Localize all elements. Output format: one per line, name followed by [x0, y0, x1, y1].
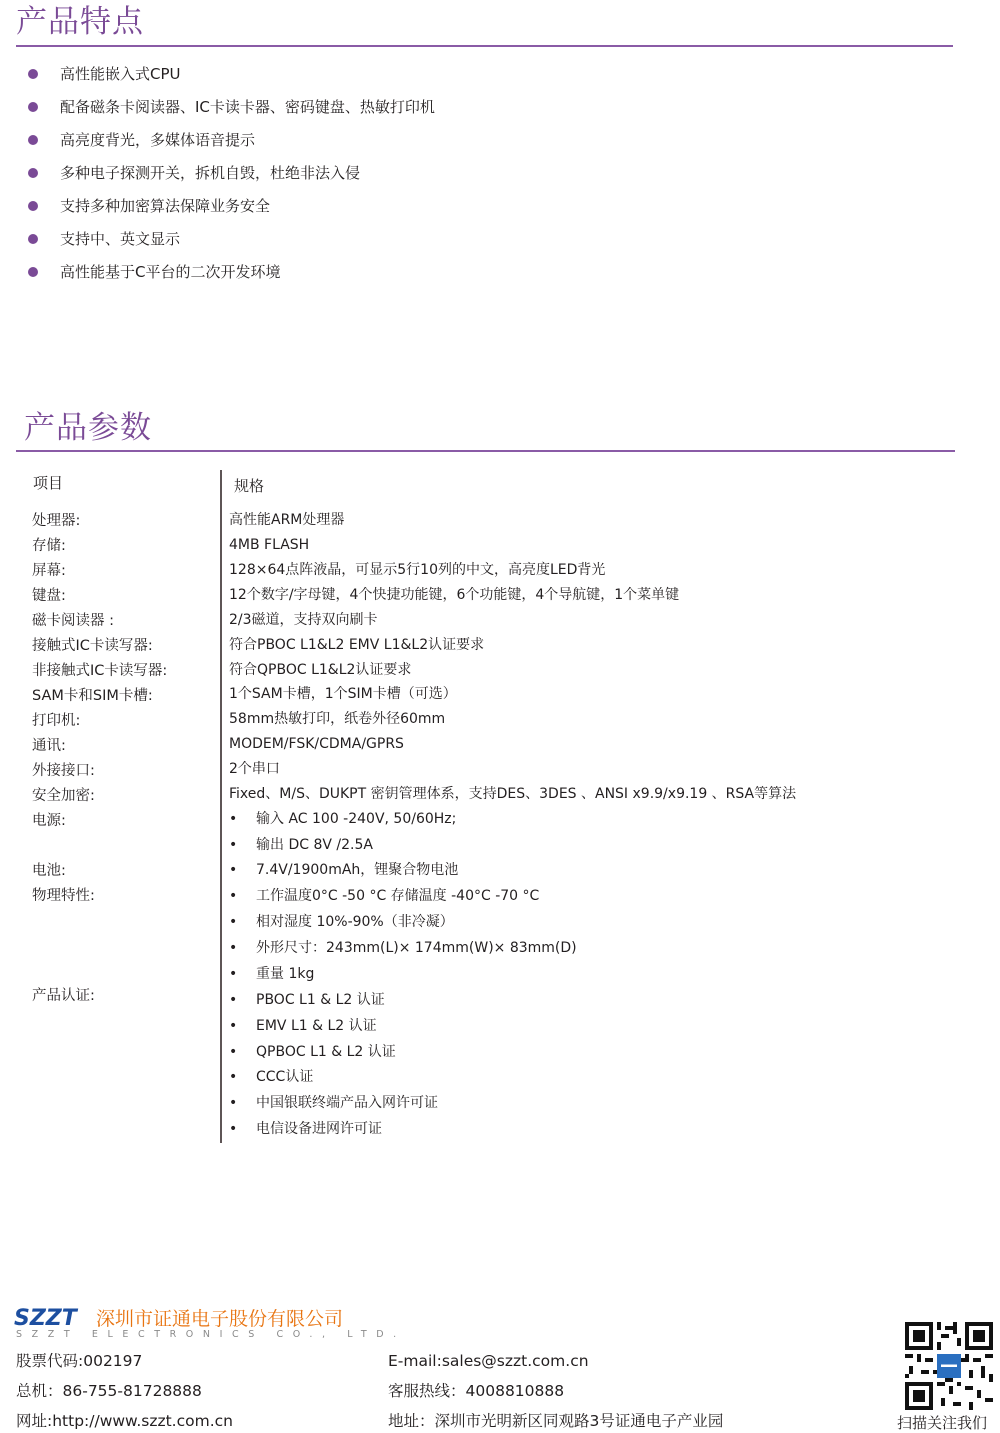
features-title: 产品特点	[16, 4, 144, 40]
feature-text: 高性能基于C平台的二次开发环境	[60, 261, 280, 283]
bullet-text: 工作温度0°C -50 °C 存储温度 -40°C -70 °C	[256, 886, 539, 906]
row-value: 128×64点阵液晶，可显示5行10列的中文，高亮度LED背光	[229, 560, 605, 580]
bullet-icon: •	[229, 1067, 237, 1087]
bullet-icon: •	[229, 1042, 237, 1062]
feature-text: 高性能嵌入式CPU	[60, 63, 181, 85]
table-header-spec: 规格	[234, 475, 264, 497]
bullet-text: PBOC L1 & L2 认证	[256, 990, 385, 1010]
bullet-text: 输入 AC 100 -240V, 50/60Hz;	[256, 809, 456, 829]
feature-text: 多种电子探测开关，拆机自毁，杜绝非法入侵	[60, 162, 360, 184]
bullet-icon: •	[229, 886, 237, 906]
row-value: 2/3磁道，支持双向刷卡	[229, 610, 378, 630]
logo-subtitle: SZZT ELECTRONICS CO., LTD.	[16, 1329, 406, 1341]
row-value: 符合QPBOC L1&L2认证要求	[229, 660, 411, 680]
logo-cn: 深圳市证通电子股份有限公司	[96, 1307, 343, 1331]
bullet-text: 相对湿度 10%-90%（非冷凝）	[256, 912, 454, 932]
row-label: SAM卡和SIM卡槽:	[32, 686, 153, 706]
bullet-text: 重量 1kg	[256, 964, 314, 984]
stock-code: 股票代码:002197	[16, 1350, 142, 1372]
bullet-icon: •	[229, 1093, 237, 1113]
row-value: 符合PBOC L1&L2 EMV L1&L2认证要求	[229, 635, 484, 655]
bullet-dot-icon	[28, 69, 38, 79]
feature-text: 支持中、英文显示	[60, 228, 180, 250]
row-label: 电池:	[32, 861, 66, 881]
bullet-dot-icon	[28, 234, 38, 244]
row-value: Fixed、M/S、DUKPT 密钥管理体系，支持DES、3DES 、ANSI …	[229, 784, 796, 804]
bullet-icon: •	[229, 938, 237, 958]
bullet-text: 电信设备进网许可证	[256, 1119, 382, 1139]
bullet-dot-icon	[28, 102, 38, 112]
bullet-dot-icon	[28, 168, 38, 178]
bullet-icon: •	[229, 1016, 237, 1036]
row-label: 外接接口:	[32, 761, 95, 781]
row-label: 打印机:	[32, 711, 80, 731]
row-value: 12个数字/字母键，4个快捷功能键，6个功能键，4个导航键，1个菜单键	[229, 585, 679, 605]
switchboard-phone: 总机：86-755-81728888	[16, 1380, 202, 1402]
row-label: 磁卡阅读器 :	[32, 611, 114, 631]
bullet-text: QPBOC L1 & L2 认证	[256, 1042, 396, 1062]
table-column-divider	[220, 470, 222, 1143]
features-divider	[16, 45, 953, 47]
bullet-dot-icon	[28, 135, 38, 145]
row-value: MODEM/FSK/CDMA/GPRS	[229, 734, 404, 754]
table-header-item: 项目	[33, 472, 63, 494]
row-value: 58mm热敏打印，纸卷外径60mm	[229, 709, 445, 729]
bullet-icon: •	[229, 1119, 237, 1139]
qr-caption: 扫描关注我们	[897, 1413, 987, 1433]
company-logo: SZZT 深圳市证通电子股份有限公司 SZZT ELECTRONICS CO.,…	[14, 1307, 384, 1343]
row-value: 1个SAM卡槽，1个SIM卡槽（可选）	[229, 684, 457, 704]
bullet-icon: •	[229, 835, 237, 855]
bullet-dot-icon	[28, 267, 38, 277]
row-label: 通讯:	[32, 736, 66, 756]
email-link[interactable]: E-mail:sales@szzt.com.cn	[388, 1350, 589, 1372]
bullet-text: 外形尺寸：243mm(L)× 174mm(W)× 83mm(D)	[256, 938, 577, 958]
bullet-icon: •	[229, 990, 237, 1010]
bullet-text: 中国银联终端产品入网许可证	[256, 1093, 438, 1113]
feature-text: 高亮度背光，多媒体语音提示	[60, 129, 255, 151]
bullet-text: EMV L1 & L2 认证	[256, 1016, 377, 1036]
website-link[interactable]: 网址:http://www.szzt.com.cn	[16, 1410, 233, 1432]
bullet-icon: •	[229, 809, 237, 829]
row-value: 4MB FLASH	[229, 535, 309, 555]
bullet-text: 输出 DC 8V /2.5A	[256, 835, 373, 855]
bullet-text: 7.4V/1900mAh，锂聚合物电池	[256, 860, 458, 880]
bullet-icon: •	[229, 912, 237, 932]
row-value: 2个串口	[229, 759, 280, 779]
address: 地址：深圳市光明新区同观路3号证通电子产业园	[388, 1410, 723, 1432]
row-label: 电源:	[32, 811, 66, 831]
feature-text: 支持多种加密算法保障业务安全	[60, 195, 270, 217]
row-label: 处理器:	[32, 511, 80, 531]
row-label: 键盘:	[32, 586, 66, 606]
bullet-icon: •	[229, 964, 237, 984]
row-label: 存储:	[32, 536, 66, 556]
row-label: 产品认证:	[32, 986, 95, 1006]
row-label: 安全加密:	[32, 786, 95, 806]
feature-text: 配备磁条卡阅读器、IC卡读卡器、密码键盘、热敏打印机	[60, 96, 435, 118]
params-title: 产品参数	[24, 410, 152, 446]
bullet-icon: •	[229, 860, 237, 880]
row-value: 高性能ARM处理器	[229, 510, 344, 530]
bullet-text: CCC认证	[256, 1067, 313, 1087]
row-label: 非接触式IC卡读写器:	[32, 661, 167, 681]
row-label: 物理特性:	[32, 886, 95, 906]
logo-en: SZZT	[14, 1307, 77, 1331]
qr-code-icon	[905, 1322, 993, 1410]
bullet-dot-icon	[28, 201, 38, 211]
row-label: 屏幕:	[32, 561, 66, 581]
params-divider	[16, 450, 955, 452]
row-label: 接触式IC卡读写器:	[32, 636, 153, 656]
hotline-phone: 客服热线：4008810888	[388, 1380, 564, 1402]
